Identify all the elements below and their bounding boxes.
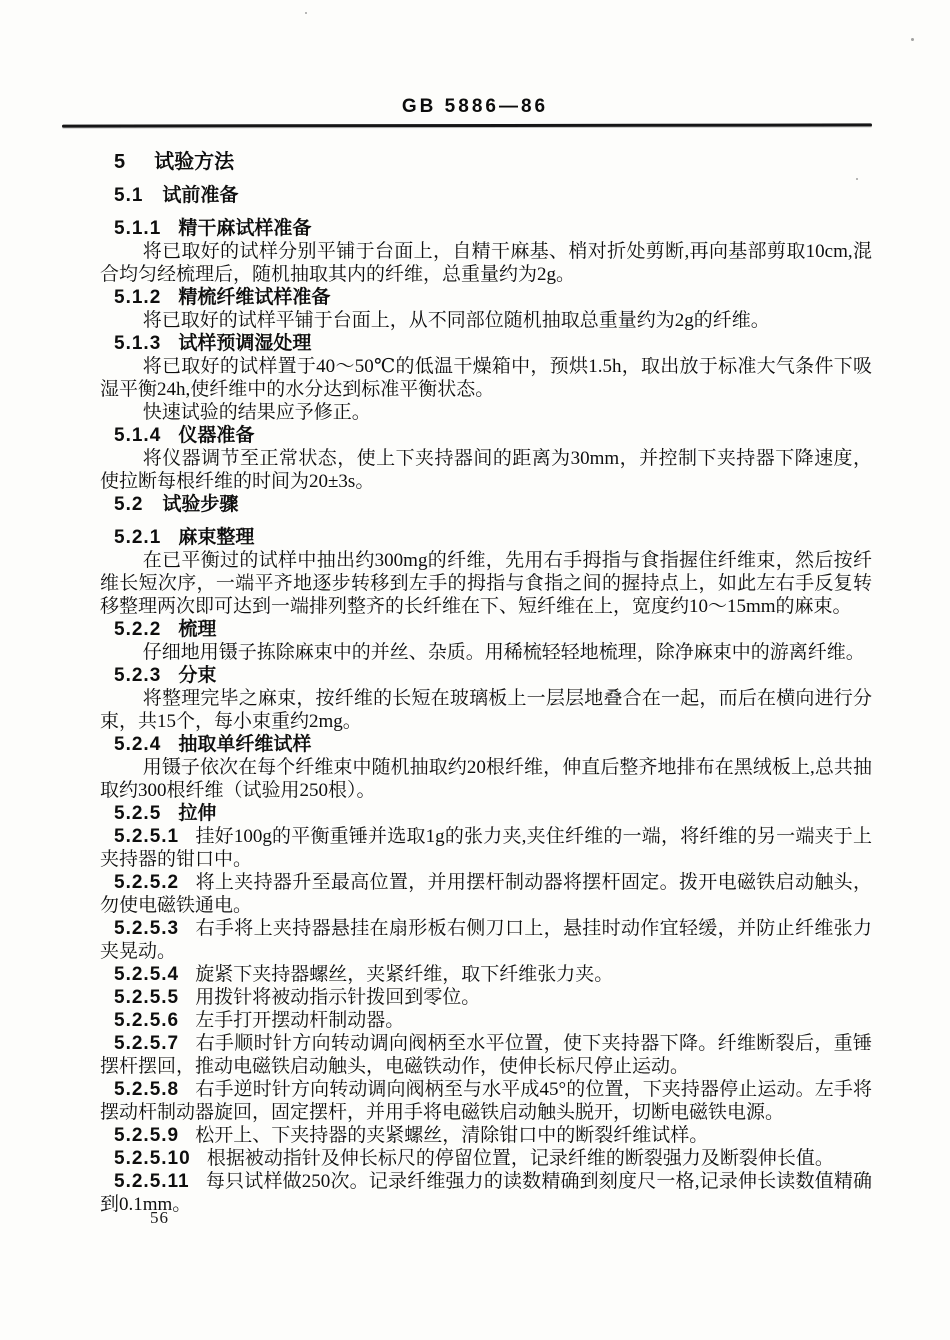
paragraph: 快速试验的结果应予修正。 <box>100 401 872 424</box>
paragraph: 将已取好的试样分别平铺于台面上，自精干麻基、梢对折处剪断,再向基部剪取10cm,… <box>100 240 872 286</box>
clause-text: 梳理 <box>178 619 216 640</box>
clause-text: 旋紧下夹持器螺丝，夹紧纤维，取下纤维张力夹。 <box>195 964 613 985</box>
clause-number: 5.2.5 <box>114 803 161 824</box>
clause-text: 右手将上夹持器悬挂在扇形板右侧刀口上，悬挂时动作宜轻缓，并防止纤维张力夹晃动。 <box>100 918 872 962</box>
paragraph: 用镊子依次在每个纤维束中随机抽取约20根纤维，伸直后整齐地排布在黑绒板上,总共抽… <box>100 756 872 802</box>
clause-text: 将上夹持器升至最高位置，并用摆杆制动器将摆杆固定。拨开电磁铁启动触头，勿使电磁铁… <box>100 872 872 916</box>
clause-number: 5.2.5.8 <box>114 1079 179 1100</box>
clause-text: 分束 <box>178 665 216 686</box>
clause-5.2.5.1: 5.2.5.1挂好100g的平衡重锤并选取1g的张力夹,夹住纤维的一端，将纤维的… <box>100 825 872 871</box>
heading-5.1.2: 5.1.2精梳纤维试样准备 <box>100 286 872 309</box>
paragraph: 在已平衡过的试样中抽出约300mg的纤维，先用右手拇指与食指握住纤维束，然后按纤… <box>100 549 872 618</box>
clause-text: 将已取好的试样置于40～50℃的低温干燥箱中，预烘1.5h，取出放于标准大气条件… <box>100 356 872 400</box>
clause-text: 试样预调湿处理 <box>178 333 311 354</box>
clause-number: 5.2.5.2 <box>114 872 179 893</box>
header-rule <box>62 123 872 127</box>
heading-5.2.1: 5.2.1麻束整理 <box>100 526 872 549</box>
clause-text: 抽取单纤维试样 <box>178 734 311 755</box>
clause-5.2.5.4: 5.2.5.4旋紧下夹持器螺丝，夹紧纤维，取下纤维张力夹。 <box>100 963 872 986</box>
heading-5.1: 5.1试前准备 <box>100 184 872 207</box>
clause-number: 5.2.5.9 <box>114 1125 179 1146</box>
clause-5.2.5.8: 5.2.5.8右手逆时针方向转动调向阀柄至与水平成45°的位置，下夹持器停止运动… <box>100 1078 872 1124</box>
scan-speck <box>911 38 914 41</box>
clause-5.2.5.3: 5.2.5.3右手将上夹持器悬挂在扇形板右侧刀口上，悬挂时动作宜轻缓，并防止纤维… <box>100 917 872 963</box>
clause-text: 精梳纤维试样准备 <box>178 287 330 308</box>
heading-5.2.4: 5.2.4抽取单纤维试样 <box>100 733 872 756</box>
clause-text: 仔细地用镊子拣除麻束中的并丝、杂质。用稀梳轻轻地梳理，除净麻束中的游离纤维。 <box>143 642 865 663</box>
clause-number: 5.2 <box>114 494 143 515</box>
clause-text: 将整理完毕之麻束，按纤维的长短在玻璃板上一层层地叠合在一起，而后在横向进行分束，… <box>100 688 872 732</box>
clause-5.2.5.7: 5.2.5.7右手顺时针方向转动调向阀柄至水平位置，使下夹持器下降。纤维断裂后，… <box>100 1032 872 1078</box>
clause-text: 将已取好的试样平铺于台面上，从不同部位随机抽取总重量约为2g的纤维。 <box>143 310 770 331</box>
document-page: GB 5886—86 5试验方法5.1试前准备5.1.1精干麻试样准备将已取好的… <box>0 0 950 1340</box>
clause-5.2.5.6: 5.2.5.6左手打开摆动杆制动器。 <box>100 1009 872 1032</box>
clause-text: 快速试验的结果应予修正。 <box>143 402 371 423</box>
clause-text: 挂好100g的平衡重锤并选取1g的张力夹,夹住纤维的一端，将纤维的另一端夹于上夹… <box>100 826 872 870</box>
clause-text: 将仪器调节至正常状态，使上下夹持器间的距离为30mm，并控制下夹持器下降速度，使… <box>100 448 872 492</box>
clause-text: 精干麻试样准备 <box>178 218 311 239</box>
paragraph: 将已取好的试样平铺于台面上，从不同部位随机抽取总重量约为2g的纤维。 <box>100 309 872 332</box>
clause-number: 5.1.3 <box>114 333 161 354</box>
clause-text: 根据被动指针及伸长标尺的停留位置，记录纤维的断裂强力及断裂伸长值。 <box>207 1148 834 1169</box>
page-number: 56 <box>150 1208 169 1228</box>
clause-text: 拉伸 <box>178 803 216 824</box>
heading-5.1.4: 5.1.4仪器准备 <box>100 424 872 447</box>
clause-number: 5.2.5.5 <box>114 987 179 1008</box>
clause-number: 5.2.5.1 <box>114 826 179 847</box>
clause-text: 用拨针将被动指示针拨回到零位。 <box>195 987 480 1008</box>
clause-5.2.5.5: 5.2.5.5用拨针将被动指示针拨回到零位。 <box>100 986 872 1009</box>
clause-number: 5.2.1 <box>114 527 161 548</box>
clause-number: 5.2.5.4 <box>114 964 179 985</box>
clause-text: 试验步骤 <box>162 494 238 515</box>
clause-number: 5.2.5.11 <box>114 1171 190 1192</box>
heading-5.2.2: 5.2.2梳理 <box>100 618 872 641</box>
clause-number: 5.1.4 <box>114 425 161 446</box>
clause-text: 麻束整理 <box>178 527 254 548</box>
clause-5.2.5.11: 5.2.5.11每只试样做250次。记录纤维强力的读数精确到刻度尺一格,记录伸长… <box>100 1170 872 1216</box>
paragraph: 仔细地用镊子拣除麻束中的并丝、杂质。用稀梳轻轻地梳理，除净麻束中的游离纤维。 <box>100 641 872 664</box>
clause-number: 5.2.5.7 <box>114 1033 179 1054</box>
clause-text: 在已平衡过的试样中抽出约300mg的纤维，先用右手拇指与食指握住纤维束，然后按纤… <box>100 550 872 617</box>
heading-5.2.5: 5.2.5拉伸 <box>100 802 872 825</box>
clause-text: 右手逆时针方向转动调向阀柄至与水平成45°的位置，下夹持器停止运动。左手将摆动杆… <box>100 1079 872 1123</box>
heading-5.2.3: 5.2.3分束 <box>100 664 872 687</box>
clause-text: 仪器准备 <box>178 425 254 446</box>
clause-5.2.5.9: 5.2.5.9松开上、下夹持器的夹紧螺丝，清除钳口中的断裂纤维试样。 <box>100 1124 872 1147</box>
clause-number: 5.2.5.6 <box>114 1010 179 1031</box>
clause-text: 用镊子依次在每个纤维束中随机抽取约20根纤维，伸直后整齐地排布在黑绒板上,总共抽… <box>100 757 872 801</box>
paragraph: 将已取好的试样置于40～50℃的低温干燥箱中，预烘1.5h，取出放于标准大气条件… <box>100 355 872 401</box>
clause-5.2.5.2: 5.2.5.2将上夹持器升至最高位置，并用摆杆制动器将摆杆固定。拨开电磁铁启动触… <box>100 871 872 917</box>
clause-number: 5.2.5.10 <box>114 1148 191 1169</box>
clause-text: 每只试样做250次。记录纤维强力的读数精确到刻度尺一格,记录伸长读数值精确到0.… <box>100 1171 872 1215</box>
clause-number: 5.1 <box>114 185 143 206</box>
clause-text: 将已取好的试样分别平铺于台面上，自精干麻基、梢对折处剪断,再向基部剪取10cm,… <box>100 241 872 285</box>
paragraph: 将整理完毕之麻束，按纤维的长短在玻璃板上一层层地叠合在一起，而后在横向进行分束，… <box>100 687 872 733</box>
clause-text: 试验方法 <box>154 151 234 173</box>
heading-5.1.3: 5.1.3试样预调湿处理 <box>100 332 872 355</box>
clause-number: 5.2.4 <box>114 734 161 755</box>
clause-5.2.5.10: 5.2.5.10根据被动指针及伸长标尺的停留位置，记录纤维的断裂强力及断裂伸长值… <box>100 1147 872 1170</box>
clause-text: 松开上、下夹持器的夹紧螺丝，清除钳口中的断裂纤维试样。 <box>195 1125 708 1146</box>
paragraph: 将仪器调节至正常状态，使上下夹持器间的距离为30mm，并控制下夹持器下降速度，使… <box>100 447 872 493</box>
scan-speck <box>856 178 858 180</box>
clause-number: 5.1.2 <box>114 287 161 308</box>
clause-text: 左手打开摆动杆制动器。 <box>195 1010 404 1031</box>
clause-number: 5.2.3 <box>114 665 161 686</box>
clause-number: 5.2.5.3 <box>114 918 179 939</box>
clause-text: 试前准备 <box>162 185 238 206</box>
clause-number: 5.1.1 <box>114 218 161 239</box>
clause-number: 5.2.2 <box>114 619 161 640</box>
heading-5.1.1: 5.1.1精干麻试样准备 <box>100 217 872 240</box>
clause-number: 5 <box>114 151 126 173</box>
clause-text: 右手顺时针方向转动调向阀柄至水平位置，使下夹持器下降。纤维断裂后，重锤摆杆摆回，… <box>100 1033 872 1077</box>
standard-code: GB 5886—86 <box>0 96 950 118</box>
scan-speck <box>305 12 307 14</box>
document-body: 5试验方法5.1试前准备5.1.1精干麻试样准备将已取好的试样分别平铺于台面上，… <box>100 151 872 1216</box>
heading-5.2: 5.2试验步骤 <box>100 493 872 516</box>
heading-5: 5试验方法 <box>100 151 872 174</box>
